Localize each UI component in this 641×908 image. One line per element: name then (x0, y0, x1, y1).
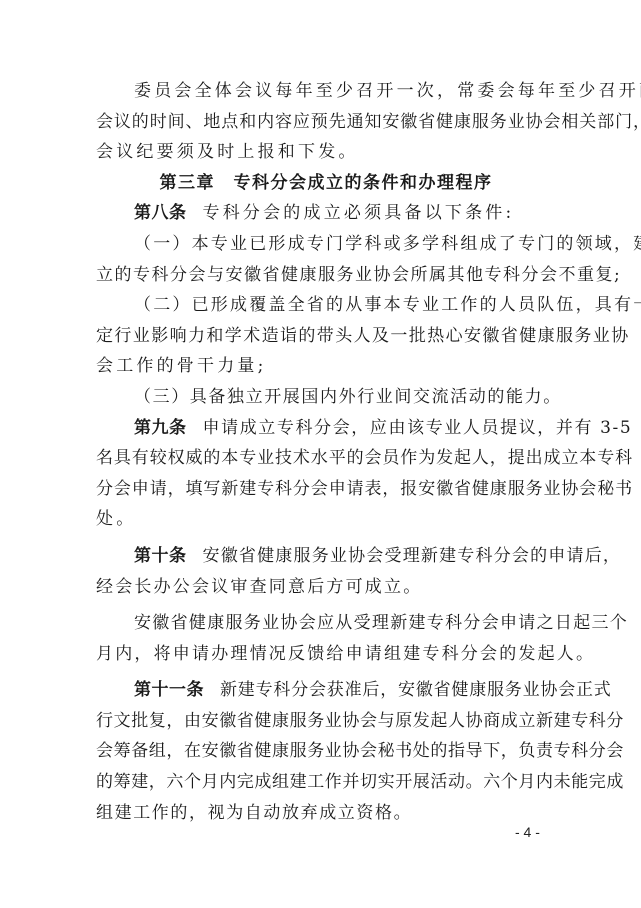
paragraph-meeting-rules: 委员会全体会议每年至少召开一次，常委会每年至少召开两次。 会议的时间、地点和内容… (96, 76, 556, 168)
text-line: 会筹备组，在安徽省健康服务业协会秘书处的指导下，负责专科分会 (96, 736, 556, 767)
text-line: 组建工作的，视为自动放弃成立资格。 (96, 798, 556, 829)
text-line: 申请成立专科分会，应由该专业人员提议，并有 3-5 (203, 418, 633, 438)
text-line: 委员会全体会议每年至少召开一次，常委会每年至少召开两次。 (96, 76, 556, 107)
page-number: - 4 - (515, 824, 540, 840)
article-11: 第十一条新建专科分会获准后，安徽省健康服务业协会正式 行文批复，由安徽省健康服务… (96, 675, 556, 828)
text-line: 名具有较权威的本专业技术水平的会员作为发起人，提出成立本专科 (96, 443, 556, 474)
text-line: 月内，将申请办理情况反馈给申请组建专科分会的发起人。 (96, 639, 556, 670)
text-line: 行文批复，由安徽省健康服务业协会与原发起人协商成立新建专科分 (96, 706, 556, 737)
text-line: 经会长办公会议审查同意后方可成立。 (96, 572, 556, 603)
text-line: 安徽省健康服务业协会应从受理新建专科分会申请之日起三个 (96, 608, 556, 639)
document-page: 委员会全体会议每年至少召开一次，常委会每年至少召开两次。 会议的时间、地点和内容… (0, 0, 641, 908)
list-item-1: （一）本专业已形成专门学科或多学科组成了专门的领域，建 (96, 229, 556, 260)
article-9: 第九条申请成立专科分会，应由该专业人员提议，并有 3-5 名具有较权威的本专业技… (96, 413, 556, 535)
article-10: 第十条安徽省健康服务业协会受理新建专科分会的申请后， 经会长办公会议审查同意后方… (96, 541, 556, 669)
article-label: 第十条 (134, 546, 187, 566)
list-item-3: （三）具备独立开展国内外行业间交流活动的能力。 (96, 382, 556, 413)
text-line: 立的专科分会与安徽省健康服务业协会所属其他专科分会不重复; (96, 260, 556, 291)
chapter-heading: 第三章 专科分会成立的条件和办理程序 (96, 168, 556, 199)
text-line: 专科分会的成立必须具备以下条件: (203, 203, 515, 223)
text-line: 会议的时间、地点和内容应预先通知安徽省健康服务业协会相关部门， (96, 107, 556, 138)
text-line: 定行业影响力和学术造诣的带头人及一批热心安徽省健康服务业协 (96, 321, 556, 352)
text-line: 会工作的骨干力量; (96, 351, 556, 382)
article-8: 第八条专科分会的成立必须具备以下条件: （一）本专业已形成专门学科或多学科组成了… (96, 198, 556, 412)
page-content: 委员会全体会议每年至少召开一次，常委会每年至少召开两次。 会议的时间、地点和内容… (96, 76, 556, 828)
article-label: 第十一条 (134, 680, 204, 700)
text-line: 安徽省健康服务业协会受理新建专科分会的申请后， (203, 546, 622, 566)
text-line: 分会申请，填写新建专科分会申请表，报安徽省健康服务业协会秘书 (96, 474, 556, 505)
text-line: 新建专科分会获准后，安徽省健康服务业协会正式 (220, 680, 612, 700)
list-item-2: （二）已形成覆盖全省的从事本专业工作的人员队伍，具有一 (96, 290, 556, 321)
article-label: 第九条 (134, 418, 187, 438)
text-line: 的筹建，六个月内完成组建工作并切实开展活动。六个月内未能完成 (96, 767, 556, 798)
article-label: 第八条 (134, 203, 187, 223)
text-line: 会议纪要须及时上报和下发。 (96, 137, 556, 168)
text-line: 处。 (96, 504, 556, 535)
